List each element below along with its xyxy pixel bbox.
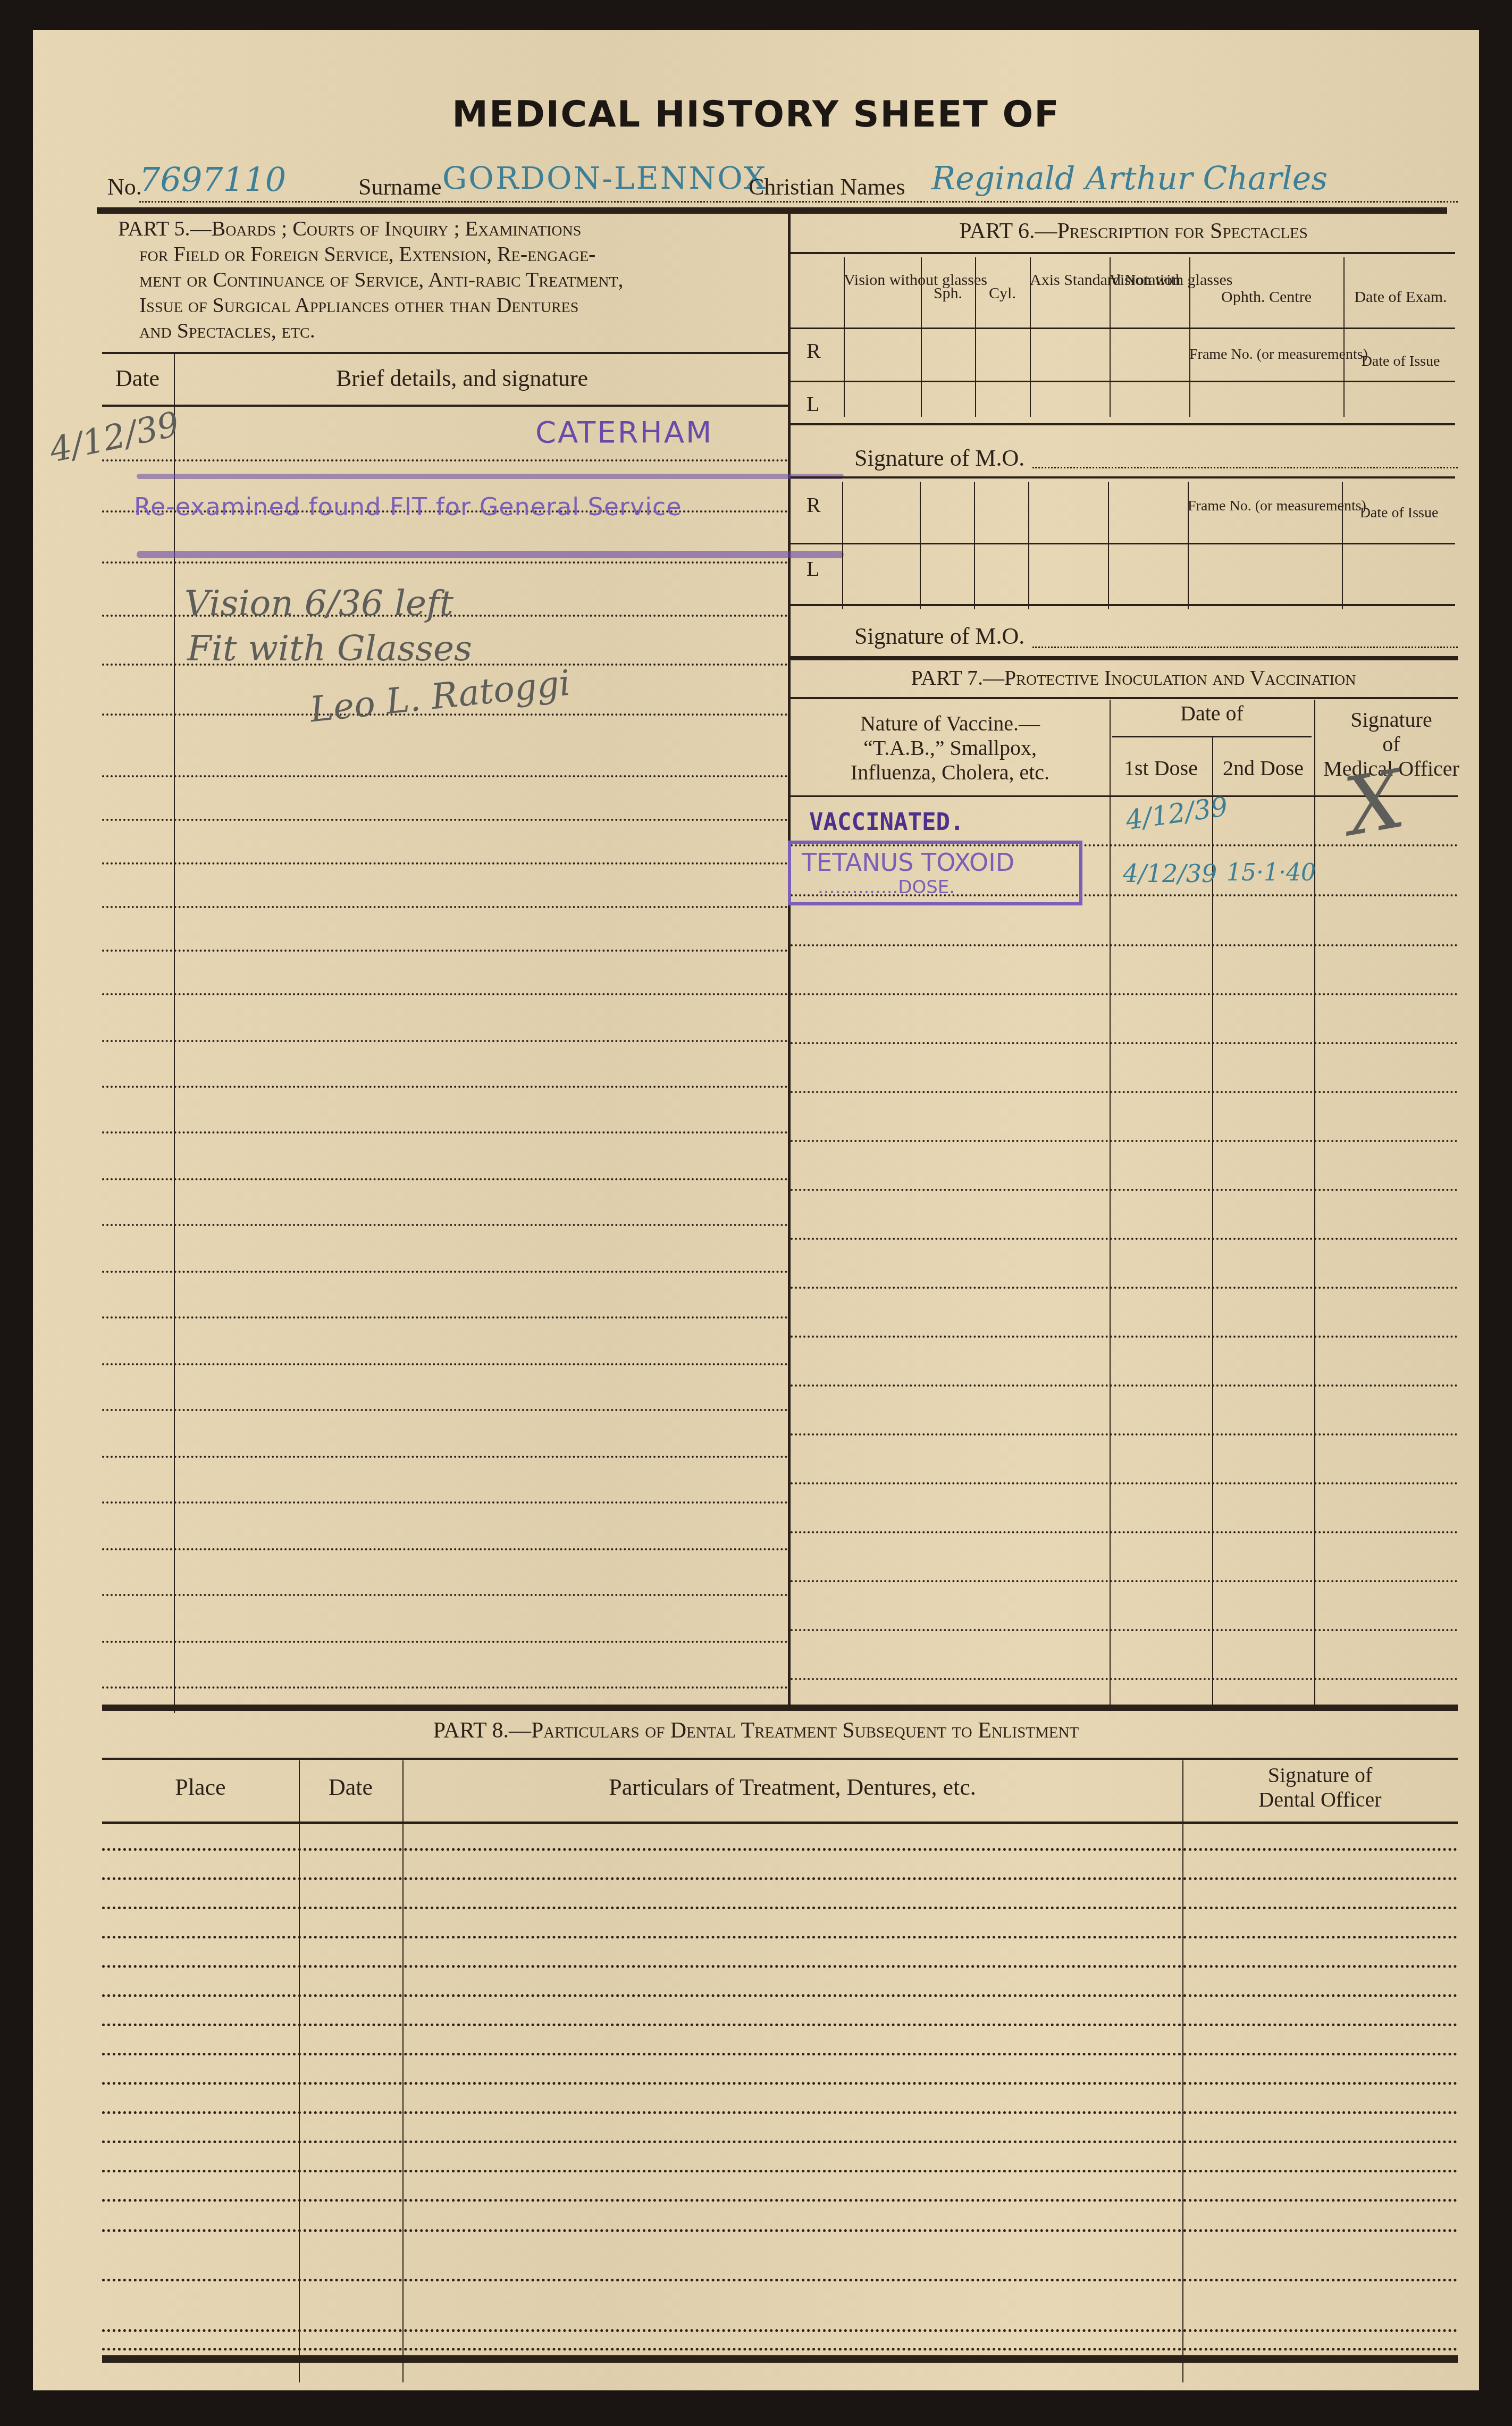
col-sph: Sph. (921, 285, 975, 302)
vaccinated-1st-dose-date: 4/12/39 (1124, 791, 1230, 836)
date-of-issue-label-2: Date of Issue (1342, 505, 1456, 522)
col-axis: Axis Standard Notation (1030, 272, 1110, 289)
dose-stamp: ..............DOSE. (818, 877, 955, 898)
document-sheet: MEDICAL HISTORY SHEET OF No. 7697110 Sur… (33, 30, 1479, 2390)
part8-col-date: Date (299, 1774, 402, 1801)
row-r-2: R (807, 492, 821, 517)
frame-no-label-2: Frame No. (or measurements) (1188, 498, 1342, 515)
col-vision-without: Vision without glasses (844, 272, 921, 289)
row-l-2: L (807, 556, 819, 581)
surname-label: Surname (358, 173, 441, 200)
part5-col-date: Date (115, 365, 159, 392)
part5-col-details: Brief details, and signature (336, 365, 588, 392)
fit-for-service-stamp: Re-examined found FIT for General Servic… (134, 492, 682, 521)
part5-heading: PART 5.—Boards ; Courts of Inquiry ; Exa… (118, 216, 777, 343)
row-l: L (807, 391, 819, 416)
vision-note: Vision 6/36 left (184, 583, 453, 624)
surname-value: GORDON-LENNOX (442, 160, 767, 196)
christian-names-label: Christian Names (749, 173, 905, 200)
signature-mo-label-2: Signature of M.O. (854, 623, 1024, 650)
stamp-bar-top (137, 474, 844, 479)
vaccinated-stamp: VACCINATED. (809, 809, 964, 836)
christian-names-value: Reginald Arthur Charles (931, 160, 1328, 197)
col-ophth-centre: Ophth. Centre (1189, 289, 1343, 306)
col-vision-with: Vision with glasses (1110, 272, 1189, 289)
frame-no-label: Frame No. (or measurements) (1189, 346, 1343, 363)
part8-heading: PART 8.—Particulars of Dental Treatment … (33, 1718, 1479, 1743)
col-date-exam: Date of Exam. (1343, 289, 1458, 306)
service-number: 7697110 (139, 160, 286, 199)
part7-heading: PART 7.—Protective Inoculation and Vacci… (788, 665, 1479, 690)
tetanus-1st-dose-date: 4/12/39 (1123, 859, 1217, 888)
fit-with-glasses-note: Fit with Glasses (187, 628, 472, 669)
header-rule (97, 207, 1447, 214)
col-2nd-dose: 2nd Dose (1212, 755, 1314, 780)
date-of-issue-label: Date of Issue (1343, 353, 1458, 370)
no-label: No. (107, 173, 142, 200)
part-divider (788, 211, 791, 1710)
medical-officer-signature: Leo L. Ratoggi (308, 662, 572, 731)
part8-col-signature: Signature of Dental Officer (1182, 1763, 1458, 1812)
signature-mo-label-1: Signature of M.O. (854, 444, 1024, 472)
bottom-rule (102, 2355, 1458, 2363)
tetanus-2nd-dose-date: 15·1·40 (1227, 859, 1316, 886)
col-1st-dose: 1st Dose (1110, 755, 1212, 780)
col-nature-of-vaccine: Nature of Vaccine.— “T.A.B.,” Smallpox, … (791, 711, 1110, 785)
part8-col-place: Place (102, 1774, 299, 1801)
document-title: MEDICAL HISTORY SHEET OF (33, 94, 1479, 136)
part6-heading: PART 6.—Prescription for Spectacles (788, 219, 1479, 244)
col-date-of: Date of (1110, 701, 1314, 726)
tetanus-stamp-box: TETANUS TOXOID ..............DOSE. (788, 841, 1082, 905)
caterham-stamp: CATERHAM (535, 415, 713, 450)
part8-col-particulars: Particulars of Treatment, Dentures, etc. (402, 1774, 1182, 1801)
tetanus-toxoid-stamp: TETANUS TOXOID (802, 848, 1014, 877)
stamp-bar-bottom (137, 551, 844, 558)
col-cyl: Cyl. (975, 285, 1030, 302)
row-r: R (807, 338, 821, 363)
